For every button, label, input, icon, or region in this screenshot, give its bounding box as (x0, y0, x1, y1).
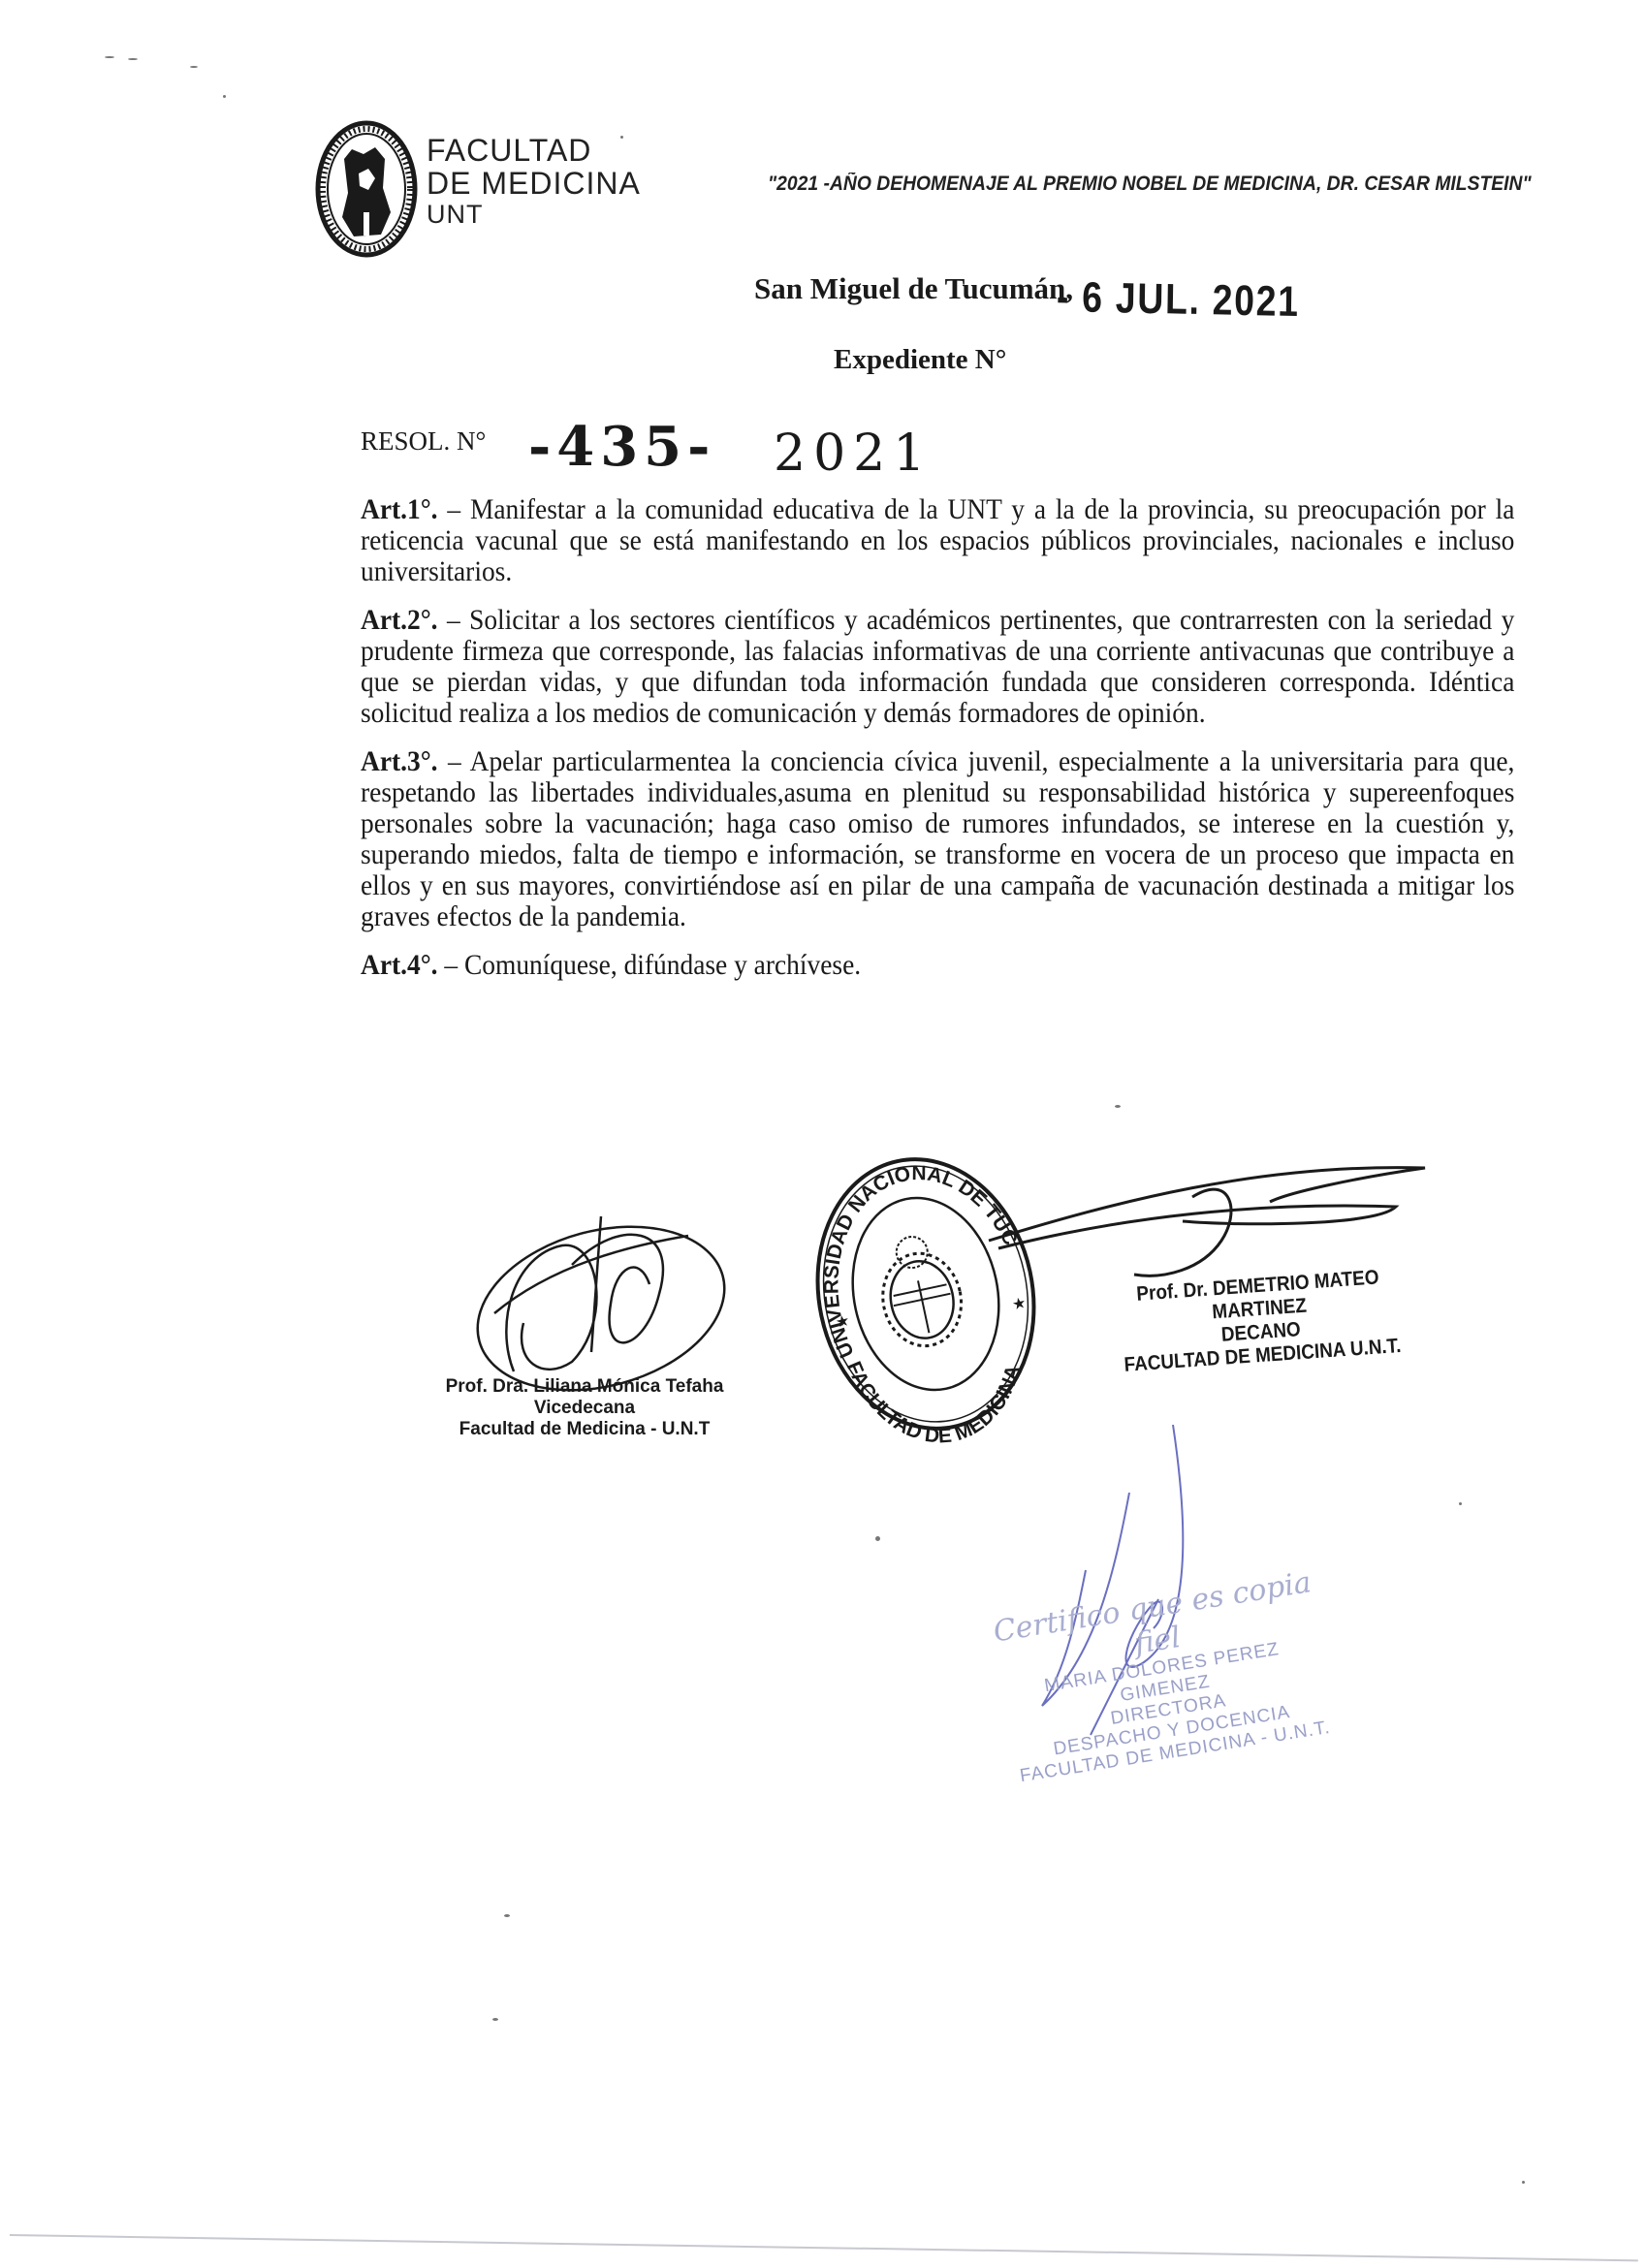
vicedean-name: Prof. Dra. Liliana Mónica Tefaha (444, 1376, 725, 1398)
vicedean-signature-icon (456, 1207, 746, 1401)
vicedean-title: Vicedecana (444, 1398, 725, 1419)
institution-line-3: UNT (427, 200, 641, 229)
article-3: Art.3°. – Apelar particularmentea la con… (361, 746, 1514, 932)
page-edge-line (10, 2234, 1638, 2261)
institution-line-1: FACULTAD (427, 134, 641, 167)
articles-body: Art.1°. – Manifestar a la comunidad educ… (361, 494, 1514, 998)
vicedean-institution: Facultad de Medicina - U.N.T (444, 1419, 725, 1440)
expediente-label: Expediente N° (834, 344, 1006, 376)
svg-text:★: ★ (1011, 1295, 1029, 1314)
institution-name: FACULTAD DE MEDICINA UNT (427, 134, 641, 229)
dean-signature-block: Prof. Dr. DEMETRIO MATEO MARTINEZ DECANO… (1114, 1265, 1408, 1377)
faculty-seal-icon (315, 120, 418, 258)
resolution-label: RESOL. N° (361, 426, 486, 457)
resolution-year: 2021 (774, 425, 933, 483)
article-label: Art.1°. (361, 494, 438, 525)
article-1: Art.1°. – Manifestar a la comunidad educ… (361, 494, 1514, 587)
institution-line-2: DE MEDICINA (427, 167, 641, 200)
svg-text:★: ★ (835, 1312, 852, 1332)
article-2: Art.2°. – Solicitar a los sectores cient… (361, 605, 1514, 729)
article-label: Art.4°. (361, 950, 438, 981)
resolution-number: -435- (528, 415, 715, 479)
article-label: Art.2°. (361, 605, 438, 636)
date-stamp: - 6 JUL. 2021 (1057, 273, 1300, 327)
article-4: Art.4°. – Comuníquese, difúndase y archí… (361, 950, 1514, 981)
article-label: Art.3°. (361, 746, 438, 777)
article-text: – Manifestar a la comunidad educativa de… (361, 494, 1514, 587)
vicedean-signature-block: Prof. Dra. Liliana Mónica Tefaha Vicedec… (444, 1376, 725, 1440)
place-label: San Miguel de Tucumán, (754, 271, 1073, 306)
header-motto: "2021 -AÑO DEHOMENAJE AL PREMIO NOBEL DE… (768, 173, 1532, 196)
article-text: – Apelar particularmentea la conciencia … (361, 746, 1514, 932)
argentine-coat-of-arms-icon (870, 1229, 969, 1353)
article-text: – Comuníquese, difúndase y archívese. (438, 950, 862, 981)
article-text: – Solicitar a los sectores científicos y… (361, 605, 1514, 729)
